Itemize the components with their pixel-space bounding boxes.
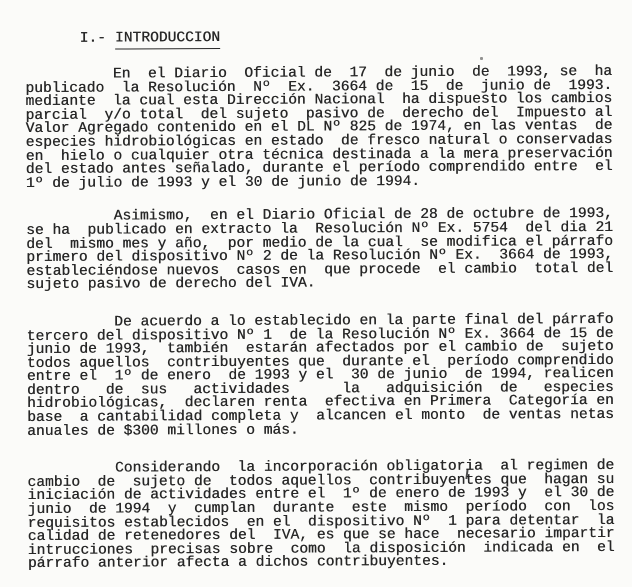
paragraph-2: Asimismo, en el Diario Oficial de 28 de …	[26, 208, 613, 293]
document-text-block: I.-INTRODUCCION En el Diario Oficial de …	[25, 16, 615, 572]
text-line: sujeto pasivo de derecho del IVA.	[26, 276, 613, 293]
text-line: párrafo anterior afecta a dichos contrib…	[28, 555, 615, 572]
text-line: anuales de $300 millones o más.	[27, 423, 614, 440]
paragraph-4: Considerando la incorporación obligatori…	[27, 460, 614, 572]
paragraph-3: De acuerdo a lo establecido en la parte …	[27, 314, 614, 439]
scan-speck-artifact	[480, 57, 483, 60]
section-title: INTRODUCCION	[115, 30, 220, 50]
text-line: 1º de julio de 1993 y el 30 de junio de …	[26, 175, 613, 192]
scanned-document-page: I.-INTRODUCCION En el Diario Oficial de …	[0, 0, 632, 587]
section-number: I.-	[80, 30, 106, 46]
section-heading: I.-INTRODUCCION	[27, 16, 612, 33]
paragraph-1: En el Diario Oficial de 17 de junio de 1…	[25, 66, 612, 191]
